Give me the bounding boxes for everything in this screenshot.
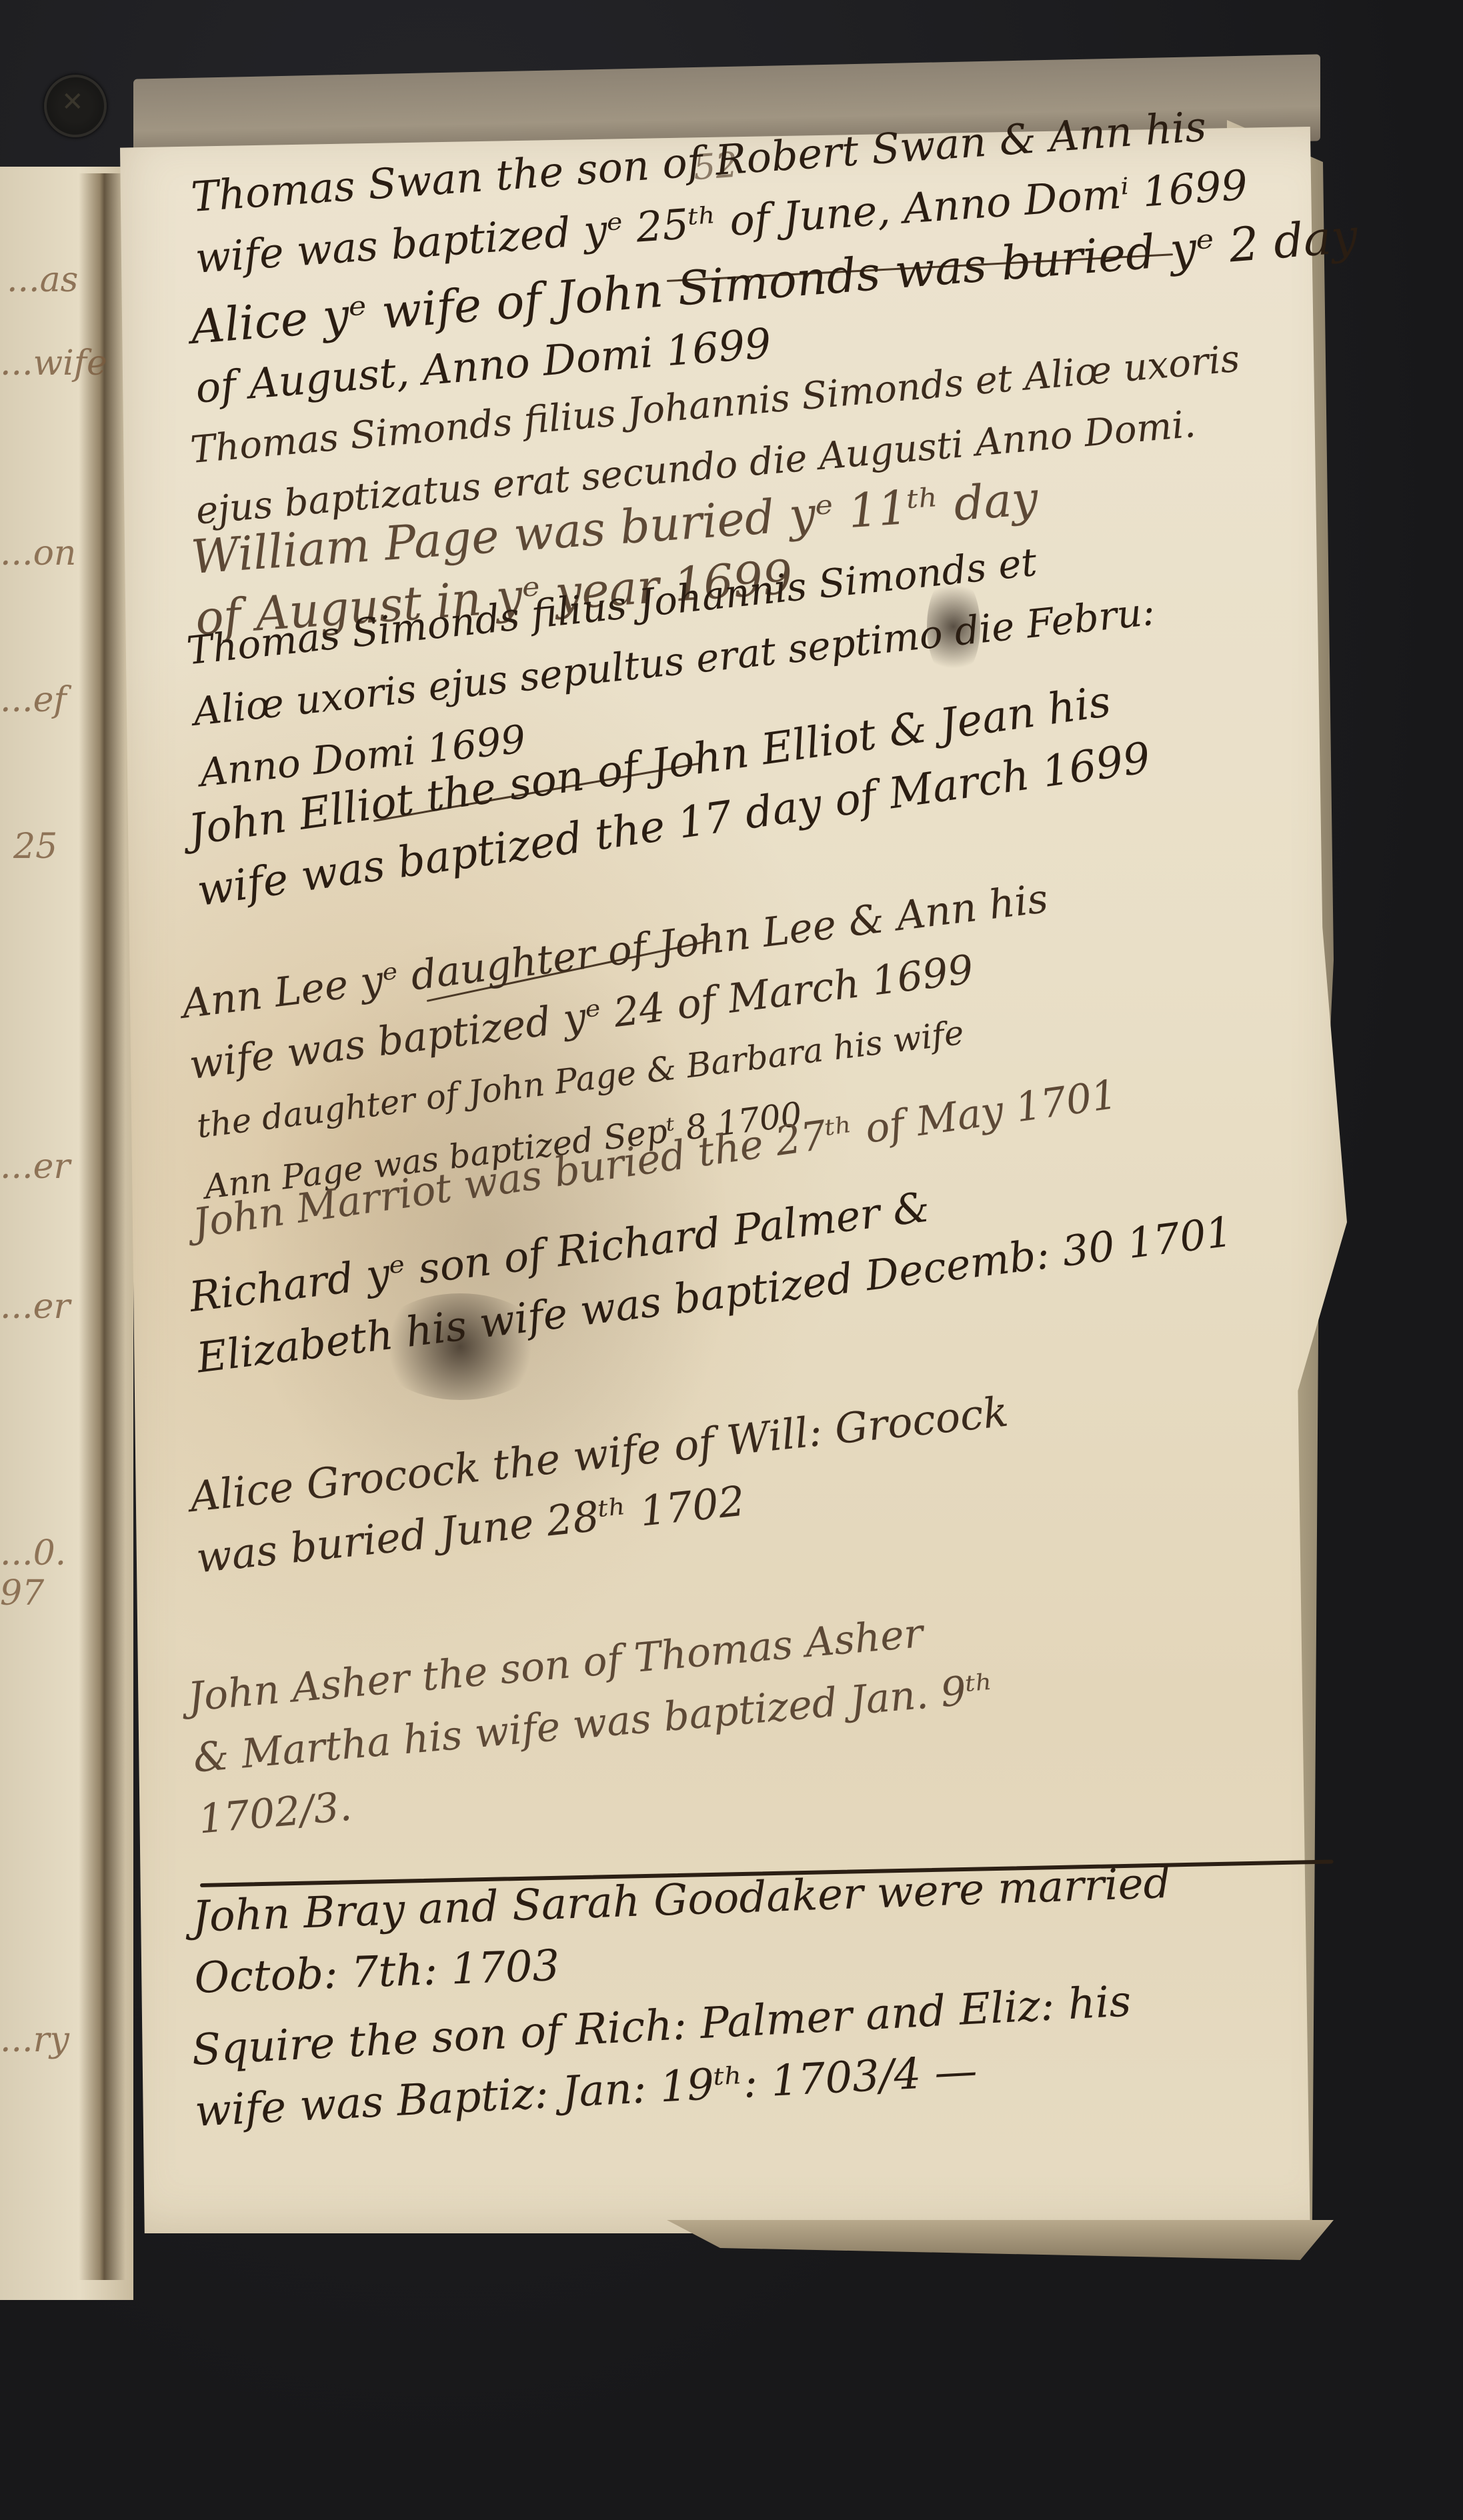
left-fragment: ...on [0,533,76,573]
left-fragment: ...0. 97 [0,1533,66,1613]
left-fragment: ...ef [0,680,67,720]
left-fragment: ...er [0,1147,70,1187]
left-fragment: 25 [13,827,57,867]
left-fragment: ...wife [0,343,107,383]
left-fragment: ...ry [0,2020,69,2060]
binding-rivet-icon [44,75,107,137]
book-gutter [79,173,125,2280]
left-fragment: ...er [0,1287,70,1327]
left-fragment: ...as [7,260,78,300]
